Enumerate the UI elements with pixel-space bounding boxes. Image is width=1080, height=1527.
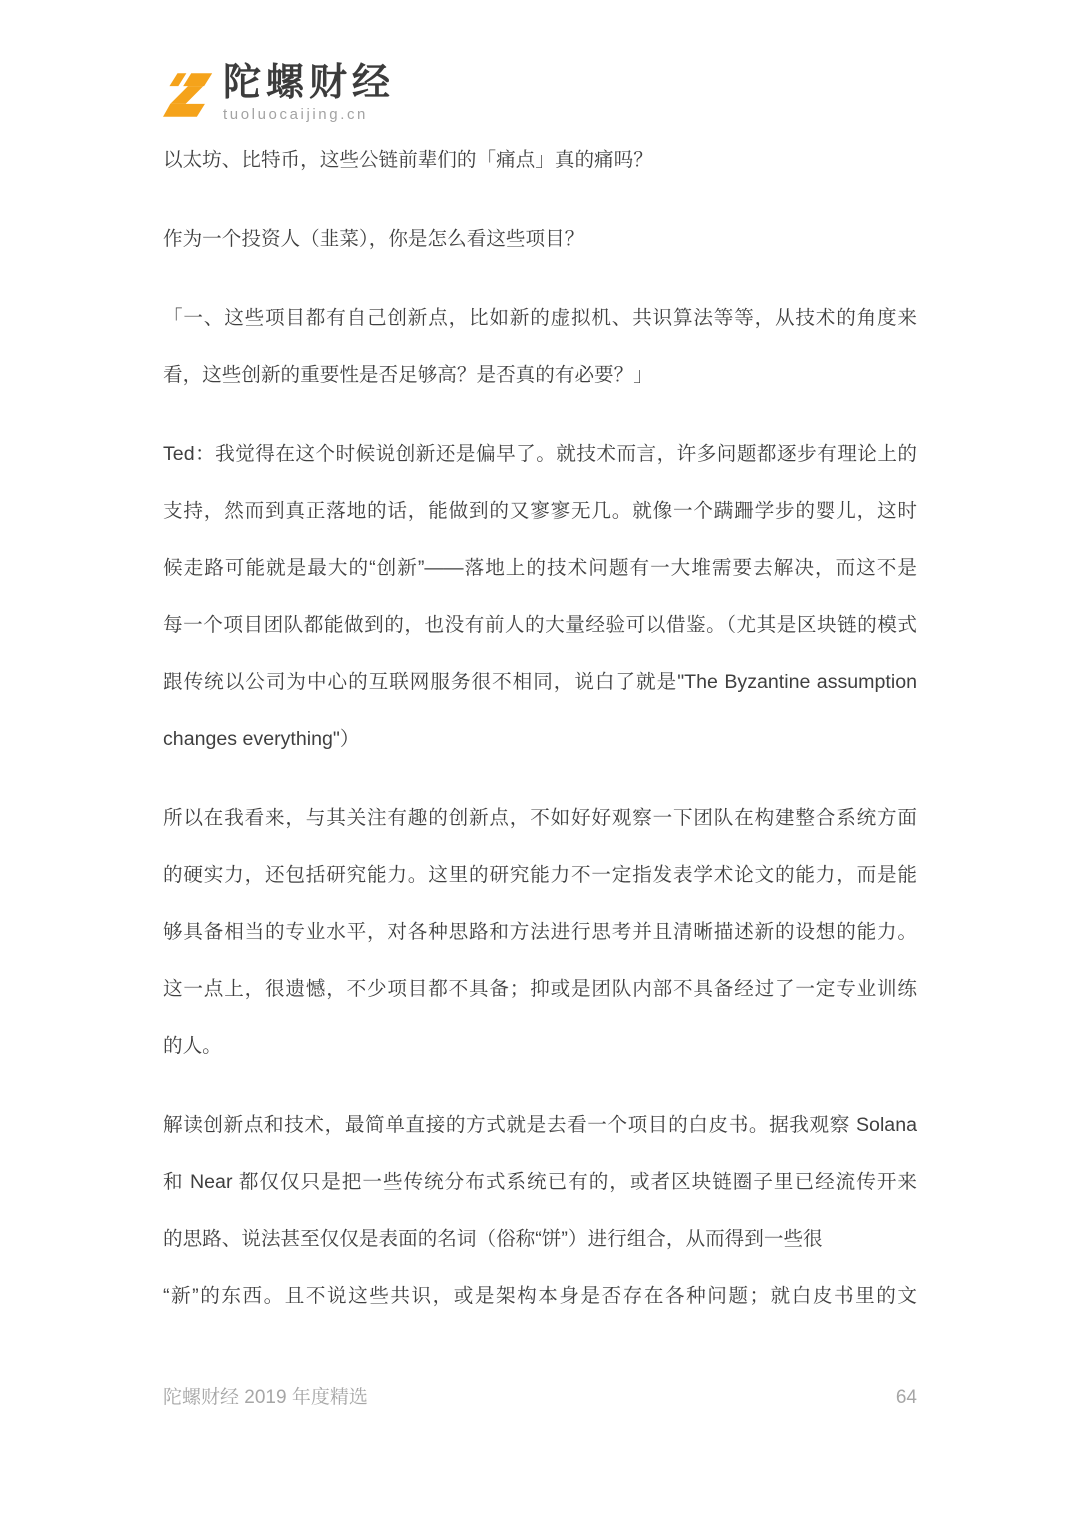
paragraph: 作为一个投资人（韭菜），你是怎么看这些项目？	[163, 211, 917, 268]
text-line: 每一个项目团队都能做到的，也没有前人的大量经验可以借鉴。（尤其是区块链的模式	[163, 597, 917, 654]
text-line: 够具备相当的专业水平，对各种思路和方法进行思考并且清晰描述新的设想的能力。	[163, 904, 917, 961]
text-line: 候走路可能就是最大的“创新”——落地上的技术问题有一大堆需要去解决，而这不是	[163, 540, 917, 597]
text-line: 看，这些创新的重要性是否足够高？是否真的有必要？」	[163, 347, 917, 404]
paragraph: 解读创新点和技术，最简单直接的方式就是去看一个项目的白皮书。据我观察 Solan…	[163, 1097, 917, 1325]
text-line: 这一点上，很遗憾，不少项目都不具备；抑或是团队内部不具备经过了一定专业训练	[163, 961, 917, 1018]
text-line: 「一、这些项目都有自己创新点，比如新的虚拟机、共识算法等等，从技术的角度来	[163, 290, 917, 347]
text-line: “新”的东西。且不说这些共识，或是架构本身是否存在各种问题；就白皮书里的文	[163, 1268, 917, 1325]
text-line: 所以在我看来，与其关注有趣的创新点，不如好好观察一下团队在构建整合系统方面	[163, 790, 917, 847]
text-line: 和 Near 都仅仅只是把一些传统分布式系统已有的，或者区块链圈子里已经流传开来	[163, 1154, 917, 1211]
paragraph: 所以在我看来，与其关注有趣的创新点，不如好好观察一下团队在构建整合系统方面 的硬…	[163, 790, 917, 1075]
brand-z-icon	[163, 66, 213, 124]
brand-name: 陀螺财经	[223, 62, 395, 105]
text-line: 解读创新点和技术，最简单直接的方式就是去看一个项目的白皮书。据我观察 Solan…	[163, 1097, 917, 1154]
text-line: 跟传统以公司为中心的互联网服务很不相同，说白了就是"The Byzantine …	[163, 654, 917, 711]
text-line: 支持，然而到真正落地的话，能做到的又寥寥无几。就像一个蹒跚学步的婴儿，这时	[163, 483, 917, 540]
paragraph: 以太坊、比特币，这些公链前辈们的「痛点」真的痛吗？	[163, 132, 917, 189]
paragraph: 「一、这些项目都有自己创新点，比如新的虚拟机、共识算法等等，从技术的角度来 看，…	[163, 290, 917, 404]
article-body: 以太坊、比特币，这些公链前辈们的「痛点」真的痛吗？ 作为一个投资人（韭菜），你是…	[163, 132, 917, 1325]
brand-text-block: 陀螺财经 tuoluocaijing.cn	[223, 62, 395, 123]
brand-domain: tuoluocaijing.cn	[223, 106, 395, 123]
footer-page-number: 64	[896, 1387, 917, 1409]
page-footer: 陀螺财经 2019 年度精选 64	[163, 1382, 917, 1409]
text-line: 作为一个投资人（韭菜），你是怎么看这些项目？	[163, 211, 917, 268]
text-line: 的思路、说法甚至仅仅是表面的名词（俗称“饼”）进行组合，从而得到一些很	[163, 1211, 917, 1268]
text-line: 以太坊、比特币，这些公链前辈们的「痛点」真的痛吗？	[163, 132, 917, 189]
text-line: 的人。	[163, 1018, 917, 1075]
text-line: 的硬实力，还包括研究能力。这里的研究能力不一定指发表学术论文的能力，而是能	[163, 847, 917, 904]
document-page: 陀螺财经 tuoluocaijing.cn 以太坊、比特币，这些公链前辈们的「痛…	[0, 0, 1080, 1527]
text-line: changes everything"）	[163, 711, 917, 768]
text-line: Ted：我觉得在这个时候说创新还是偏早了。就技术而言，许多问题都逐步有理论上的	[163, 426, 917, 483]
footer-edition-label: 陀螺财经 2019 年度精选	[163, 1382, 368, 1409]
brand-logo: 陀螺财经 tuoluocaijing.cn	[163, 62, 395, 124]
paragraph: Ted：我觉得在这个时候说创新还是偏早了。就技术而言，许多问题都逐步有理论上的 …	[163, 426, 917, 768]
